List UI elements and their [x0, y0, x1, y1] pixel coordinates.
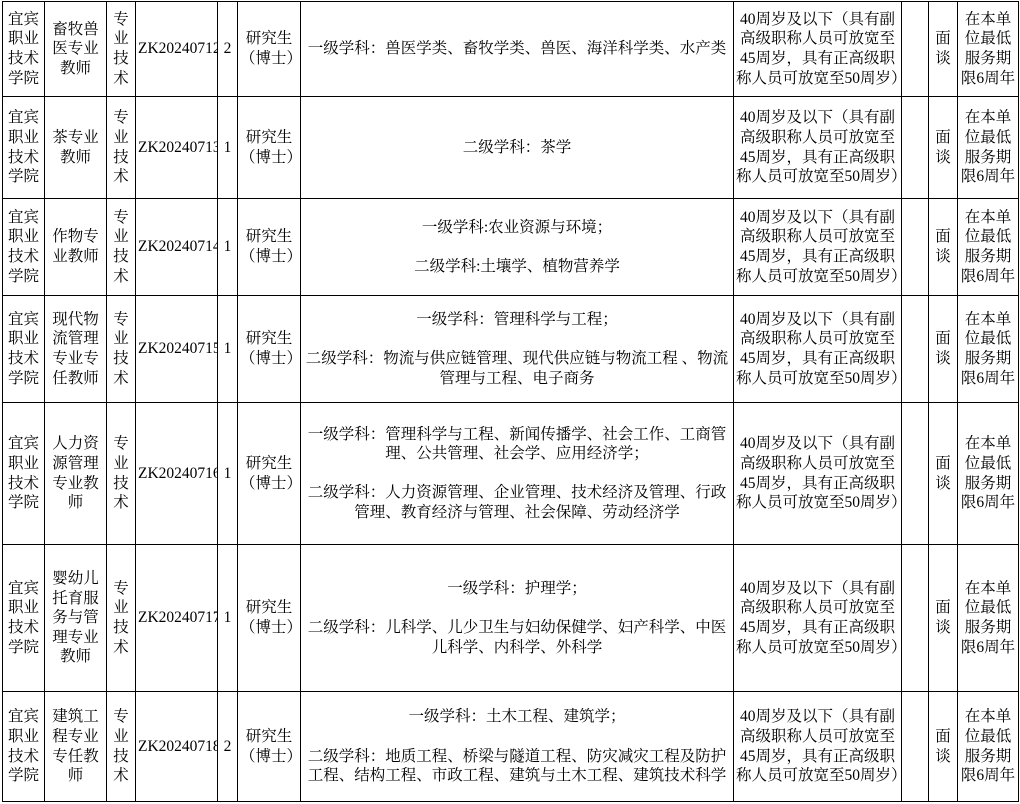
- cell-position-category: 专业技术: [107, 545, 136, 692]
- cell-interview-method: 面谈: [929, 545, 958, 692]
- cell-service-period: 在本单位最低服务期限6周年: [958, 199, 1019, 296]
- cell-position-code: ZK20240714: [136, 199, 218, 296]
- cell-subject-requirements: 一级学科：管理科学与工程、新闻传播学、社会工作、工商管理、公共管理、社会学、应用…: [301, 403, 734, 545]
- cell-position-name: 畜牧兽医专业教师: [45, 2, 107, 97]
- cell-age-requirement: 40周岁及以下（具有副高级职称人员可放宽至45周岁，具有正高级职称人员可放宽至5…: [734, 97, 902, 199]
- cell-education-requirement: 研究生（博士）: [238, 545, 301, 692]
- table-row: 宜宾职业技术学院 建筑工程专业专任教师 专业技术 ZK20240718 2 研究…: [3, 692, 1019, 802]
- cell-other-blank: [902, 403, 929, 545]
- cell-service-period: 在本单位最低服务期限6周年: [958, 545, 1019, 692]
- table-row: 宜宾职业技术学院 茶专业教师 专业技术 ZK20240713 1 研究生（博士）…: [3, 97, 1019, 199]
- cell-position-name: 婴幼儿托育服务与管理专业教师: [45, 545, 107, 692]
- cell-education-requirement: 研究生（博士）: [238, 199, 301, 296]
- cell-interview-method: 面谈: [929, 296, 958, 403]
- cell-education-requirement: 研究生（博士）: [238, 692, 301, 802]
- cell-position-category: 专业技术: [107, 296, 136, 403]
- cell-unit-name: 宜宾职业技术学院: [3, 296, 45, 403]
- cell-service-period: 在本单位最低服务期限6周年: [958, 296, 1019, 403]
- cell-position-code: ZK20240718: [136, 692, 218, 802]
- recruitment-table-sheet: 宜宾职业技术学院 畜牧兽医专业教师 专业技术 ZK20240712 2 研究生（…: [0, 0, 1020, 804]
- cell-position-category: 专业技术: [107, 692, 136, 802]
- cell-service-period: 在本单位最低服务期限6周年: [958, 403, 1019, 545]
- cell-other-blank: [902, 2, 929, 97]
- cell-other-blank: [902, 545, 929, 692]
- cell-position-category: 专业技术: [107, 199, 136, 296]
- cell-age-requirement: 40周岁及以下（具有副高级职称人员可放宽至45周岁，具有正高级职称人员可放宽至5…: [734, 545, 902, 692]
- cell-age-requirement: 40周岁及以下（具有副高级职称人员可放宽至45周岁，具有正高级职称人员可放宽至5…: [734, 2, 902, 97]
- cell-position-code: ZK20240713: [136, 97, 218, 199]
- table-row: 宜宾职业技术学院 畜牧兽医专业教师 专业技术 ZK20240712 2 研究生（…: [3, 2, 1019, 97]
- cell-position-category: 专业技术: [107, 403, 136, 545]
- cell-interview-method: 面谈: [929, 403, 958, 545]
- cell-position-name: 人力资源管理专业教师: [45, 403, 107, 545]
- table-row: 宜宾职业技术学院 婴幼儿托育服务与管理专业教师 专业技术 ZK20240717 …: [3, 545, 1019, 692]
- cell-education-requirement: 研究生（博士）: [238, 97, 301, 199]
- cell-openings-count: 1: [218, 97, 238, 199]
- cell-subject-requirements: 一级学科：管理科学与工程； 二级学科：物流与供应链管理、现代供应链与物流工程 、…: [301, 296, 734, 403]
- cell-interview-method: 面谈: [929, 692, 958, 802]
- cell-service-period: 在本单位最低服务期限6周年: [958, 692, 1019, 802]
- cell-openings-count: 1: [218, 545, 238, 692]
- cell-unit-name: 宜宾职业技术学院: [3, 2, 45, 97]
- job-positions-table: 宜宾职业技术学院 畜牧兽医专业教师 专业技术 ZK20240712 2 研究生（…: [2, 1, 1019, 802]
- cell-openings-count: 1: [218, 403, 238, 545]
- cell-service-period: 在本单位最低服务期限6周年: [958, 2, 1019, 97]
- cell-position-code: ZK20240717: [136, 545, 218, 692]
- cell-age-requirement: 40周岁及以下（具有副高级职称人员可放宽至45周岁，具有正高级职称人员可放宽至5…: [734, 692, 902, 802]
- table-row: 宜宾职业技术学院 现代物流管理专业专任教师 专业技术 ZK20240715 1 …: [3, 296, 1019, 403]
- cell-subject-requirements: 一级学科：兽医学类、畜牧学类、兽医、海洋科学类、水产类: [301, 2, 734, 97]
- cell-position-code: ZK20240716: [136, 403, 218, 545]
- cell-openings-count: 2: [218, 692, 238, 802]
- cell-position-name: 茶专业教师: [45, 97, 107, 199]
- cell-position-code: ZK20240715: [136, 296, 218, 403]
- cell-unit-name: 宜宾职业技术学院: [3, 403, 45, 545]
- cell-age-requirement: 40周岁及以下（具有副高级职称人员可放宽至45周岁，具有正高级职称人员可放宽至5…: [734, 296, 902, 403]
- cell-other-blank: [902, 97, 929, 199]
- table-row: 宜宾职业技术学院 作物专业教师 专业技术 ZK20240714 1 研究生（博士…: [3, 199, 1019, 296]
- cell-openings-count: 2: [218, 2, 238, 97]
- cell-education-requirement: 研究生（博士）: [238, 403, 301, 545]
- cell-subject-requirements: 一级学科：土木工程、建筑学； 二级学科：地质工程、桥梁与隧道工程、防灾减灾工程及…: [301, 692, 734, 802]
- cell-unit-name: 宜宾职业技术学院: [3, 545, 45, 692]
- cell-education-requirement: 研究生（博士）: [238, 296, 301, 403]
- cell-service-period: 在本单位最低服务期限6周年: [958, 97, 1019, 199]
- cell-position-name: 建筑工程专业专任教师: [45, 692, 107, 802]
- cell-subject-requirements: 一级学科:农业资源与环境； 二级学科:土壤学、植物营养学: [301, 199, 734, 296]
- table-row: 宜宾职业技术学院 人力资源管理专业教师 专业技术 ZK20240716 1 研究…: [3, 403, 1019, 545]
- cell-age-requirement: 40周岁及以下（具有副高级职称人员可放宽至45周岁，具有正高级职称人员可放宽至5…: [734, 403, 902, 545]
- cell-age-requirement: 40周岁及以下（具有副高级职称人员可放宽至45周岁，具有正高级职称人员可放宽至5…: [734, 199, 902, 296]
- cell-subject-requirements: 一级学科：护理学； 二级学科：儿科学、儿少卫生与妇幼保健学、妇产科学、中医儿科学…: [301, 545, 734, 692]
- cell-unit-name: 宜宾职业技术学院: [3, 199, 45, 296]
- cell-other-blank: [902, 296, 929, 403]
- cell-interview-method: 面谈: [929, 2, 958, 97]
- cell-position-category: 专业技术: [107, 97, 136, 199]
- cell-interview-method: 面谈: [929, 199, 958, 296]
- cell-openings-count: 1: [218, 296, 238, 403]
- cell-interview-method: 面谈: [929, 97, 958, 199]
- cell-position-code: ZK20240712: [136, 2, 218, 97]
- cell-education-requirement: 研究生（博士）: [238, 2, 301, 97]
- job-table-body: 宜宾职业技术学院 畜牧兽医专业教师 专业技术 ZK20240712 2 研究生（…: [3, 2, 1019, 802]
- cell-subject-requirements: 二级学科：茶学: [301, 97, 734, 199]
- cell-other-blank: [902, 692, 929, 802]
- cell-openings-count: 1: [218, 199, 238, 296]
- cell-unit-name: 宜宾职业技术学院: [3, 97, 45, 199]
- cell-position-name: 作物专业教师: [45, 199, 107, 296]
- cell-position-category: 专业技术: [107, 2, 136, 97]
- cell-other-blank: [902, 199, 929, 296]
- cell-position-name: 现代物流管理专业专任教师: [45, 296, 107, 403]
- cell-unit-name: 宜宾职业技术学院: [3, 692, 45, 802]
